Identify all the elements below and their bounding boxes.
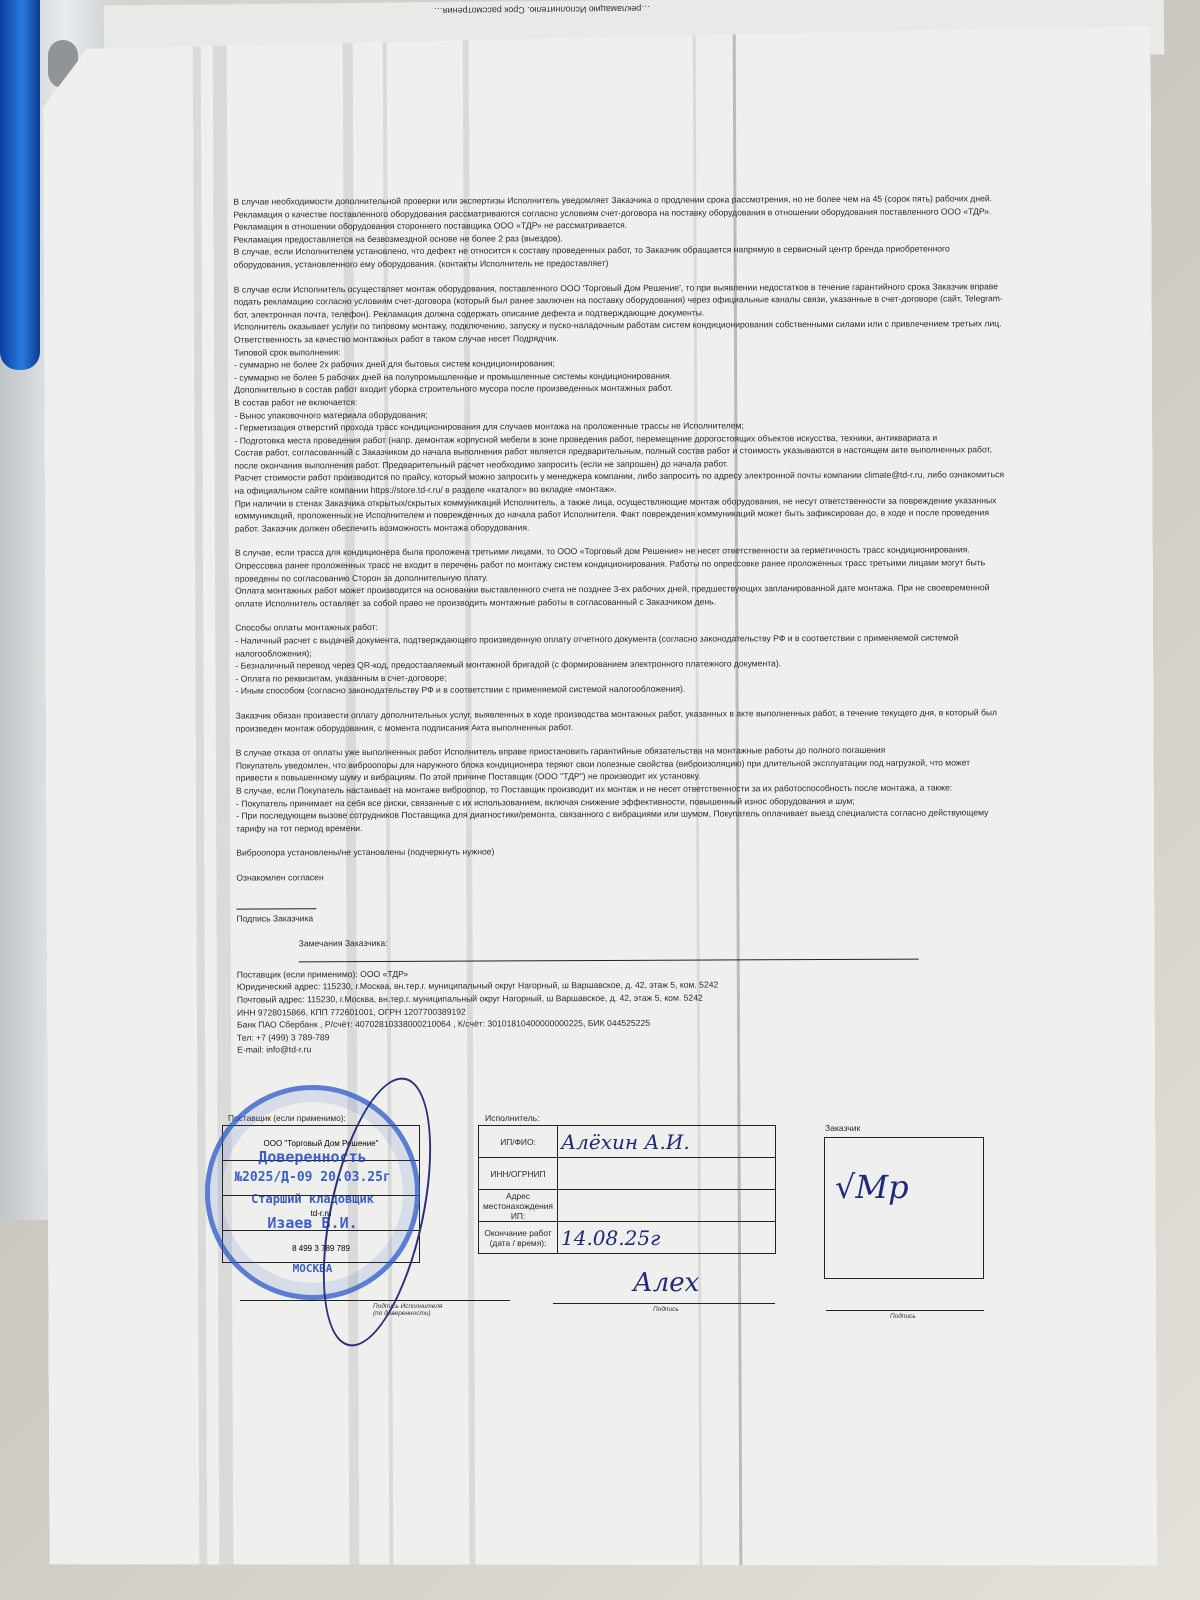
remarks-label: Замечания Заказчика: [299, 938, 388, 948]
executor-signature: Алех [633, 1268, 699, 1298]
table-row: Адрес местонахождения ИП: [479, 1190, 776, 1222]
paragraph: Покупатель уведомлен, что виброопоры для… [236, 756, 1006, 785]
table-row: Окончание работ (дата / время):14.08.25г [479, 1222, 776, 1254]
blue-pen [0, 0, 40, 370]
customer-sign-line-top [236, 896, 316, 909]
paragraph: В случае, если трасса для кондиционера б… [235, 544, 1005, 585]
paragraph: Состав работ, согласованный с Заказчиком… [234, 444, 1004, 473]
paragraph: Исполнитель оказывает услуги по типовому… [234, 318, 1004, 347]
customer-signature: √Мр [835, 1168, 909, 1206]
remarks: Замечания Заказчика: [237, 922, 1007, 963]
paragraph: В случае, если Исполнителем установлено,… [234, 243, 1004, 272]
executor-sign-caption: Подпись Исполнителя (по доверенности) [373, 1303, 453, 1317]
customer-sign-caption-top: Подпись Заказчика [237, 913, 314, 923]
executor-sign-line [240, 1300, 510, 1301]
customer-sign-caption: Подпись [890, 1313, 916, 1320]
executor-name: Алёхин А.И. [558, 1126, 776, 1158]
executor-sign-caption-2: Подпись [653, 1306, 679, 1313]
document-body: В случае необходимости дополнительной пр… [233, 192, 1007, 1056]
supplier-email: E-mail: info@td-r.ru [237, 1041, 1007, 1057]
customer-sign-line [826, 1310, 984, 1311]
table-row: ИНН/ОГРНИП [479, 1158, 776, 1190]
document-page: В случае необходимости дополнительной пр… [43, 26, 1158, 1571]
customer-sign-block [236, 881, 1006, 913]
customer-label: Заказчик [825, 1123, 860, 1133]
table-row: ИП/ФИО:Алёхин А.И. [479, 1126, 776, 1158]
paragraph: - При последующем вызове сотрудников Пос… [236, 806, 1006, 835]
work-end-date: 14.08.25г [558, 1222, 776, 1254]
executor-table: ИП/ФИО:Алёхин А.И. ИНН/ОГРНИП Адрес мест… [478, 1125, 776, 1254]
paragraph: - Наличный расчет с выдачей документа, п… [235, 631, 1005, 660]
supplier-details: Поставщик (если применимо): ООО «ТДР»Юри… [237, 965, 1007, 1057]
paragraph: Заказчик обязан произвести оплату дополн… [236, 706, 1006, 735]
paragraph: При наличии в стенах Заказчика открытых/… [235, 494, 1005, 535]
executor-sign-line-2 [553, 1303, 775, 1304]
back-sheet-text: …рекламацию Исполнителю. Срок рассмотрен… [434, 4, 651, 16]
remarks-field[interactable] [299, 958, 919, 962]
paragraph: Оплата монтажных работ может производитс… [235, 581, 1005, 610]
executor-label: Исполнитель: [485, 1113, 540, 1123]
paragraph: Расчет стоимости работ производится по п… [235, 469, 1005, 498]
customer-signature-box: √Мр [824, 1137, 984, 1279]
paragraph: В случае если Исполнитель осуществляет м… [234, 280, 1004, 321]
